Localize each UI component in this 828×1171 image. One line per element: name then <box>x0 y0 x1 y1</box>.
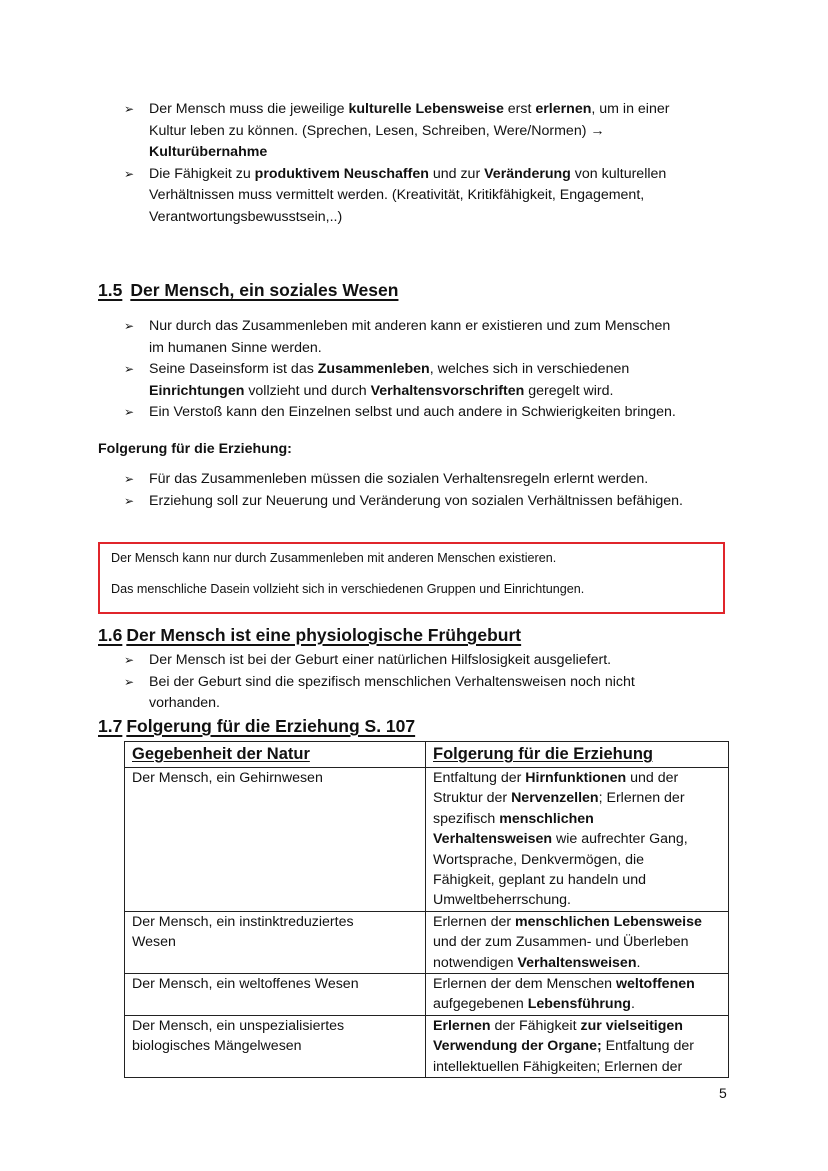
section-number: 1.6 <box>98 625 122 645</box>
text-line: Seine Daseinsform ist das Zusammenleben,… <box>149 359 734 381</box>
text-run: Verhältnissen muss vermittelt werden. (K… <box>149 187 644 203</box>
text-line: Umweltbeherrschung. <box>433 890 721 910</box>
text-run: , welches sich in verschiedenen <box>430 361 630 377</box>
text-run: ; Erlernen der <box>599 790 685 806</box>
text-run: Die Fähigkeit zu <box>149 166 255 182</box>
emphasis-text: Erlernen <box>433 1018 491 1034</box>
arrow-bullet-icon: ➢ <box>124 650 134 672</box>
text-run: vorhanden. <box>149 695 220 711</box>
emphasis-text: Verhaltensvorschriften <box>371 383 525 399</box>
conclusion-bullet-list: ➢Für das Zusammenleben müssen die sozial… <box>124 469 734 512</box>
text-run: im humanen Sinne werden. <box>149 340 322 356</box>
table-row: Der Mensch, ein instinktreduziertesWesen… <box>125 911 729 973</box>
text-line: Kulturübernahme <box>149 142 734 164</box>
text-line: Verhaltensweisen wie aufrechter Gang, <box>433 829 721 849</box>
text-run: Ein Verstoß kann den Einzelnen selbst un… <box>149 404 676 420</box>
emphasis-text: Veränderung <box>484 166 571 182</box>
text-line: Verwendung der Organe; Entfaltung der <box>433 1036 721 1056</box>
text-line: Erlernen der dem Menschen weltoffenen <box>433 974 721 994</box>
conclusion-cell: Erlernen der dem Menschen weltoffenenauf… <box>426 974 729 1016</box>
text-run: Erziehung soll zur Neuerung und Veränder… <box>149 493 683 509</box>
text-line: Einrichtungen vollzieht und durch Verhal… <box>149 381 734 403</box>
table-row: Der Mensch, ein weltoffenes WesenErlerne… <box>125 974 729 1016</box>
text-run: und der <box>626 770 678 786</box>
nature-cell: Der Mensch, ein instinktreduziertesWesen <box>125 911 426 973</box>
emphasis-text: kulturelle Lebensweise <box>349 101 504 117</box>
text-line: Der Mensch, ein instinktreduziertes <box>132 912 418 932</box>
text-line: biologisches Mängelwesen <box>132 1036 418 1056</box>
conclusion-cell: Entfaltung der Hirnfunktionen und derStr… <box>426 768 729 912</box>
text-run: Kultur leben zu können. (Sprechen, Lesen… <box>149 123 605 139</box>
text-line: Der Mensch, ein weltoffenes Wesen <box>132 974 418 994</box>
text-line: im humanen Sinne werden. <box>149 338 734 360</box>
text-line: intellektuellen Fähigkeiten; Erlernen de… <box>433 1057 721 1077</box>
emphasis-text: erlernen <box>535 101 591 117</box>
text-run: Bei der Geburt sind die spezifisch mensc… <box>149 674 635 690</box>
table-row: Der Mensch, ein unspezialisiertesbiologi… <box>125 1015 729 1077</box>
list-item: ➢Für das Zusammenleben müssen die sozial… <box>124 469 734 491</box>
summary-line: Der Mensch kann nur durch Zusammenleben … <box>111 551 556 565</box>
nature-cell: Der Mensch, ein Gehirnwesen <box>125 768 426 912</box>
list-item: ➢Erziehung soll zur Neuerung und Verände… <box>124 491 734 513</box>
text-line: Nur durch das Zusammenleben mit anderen … <box>149 316 734 338</box>
nature-cell: Der Mensch, ein weltoffenes Wesen <box>125 974 426 1016</box>
conclusion-cell: Erlernen der menschlichen Lebensweiseund… <box>426 911 729 973</box>
text-line: Die Fähigkeit zu produktivem Neuschaffen… <box>149 164 734 186</box>
text-run: Umweltbeherrschung. <box>433 892 571 908</box>
emphasis-text: produktivem Neuschaffen <box>255 166 429 182</box>
arrow-bullet-icon: ➢ <box>124 469 134 491</box>
text-run: Struktur der <box>433 790 511 806</box>
text-run: Verantwortungsbewusstsein,..) <box>149 209 342 225</box>
emphasis-text: Verhaltensweisen <box>433 831 552 847</box>
list-item: ➢Die Fähigkeit zu produktivem Neuschaffe… <box>124 164 734 229</box>
section-title: Folgerung für die Erziehung S. 107 <box>126 716 415 736</box>
arrow-bullet-icon: ➢ <box>124 402 134 424</box>
list-item: ➢Ein Verstoß kann den Einzelnen selbst u… <box>124 402 734 424</box>
text-run: notwendigen <box>433 955 517 971</box>
conclusion-cell: Erlernen der Fähigkeit zur vielseitigenV… <box>426 1015 729 1077</box>
text-line: Erlernen der Fähigkeit zur vielseitigen <box>433 1016 721 1036</box>
text-line: Ein Verstoß kann den Einzelnen selbst un… <box>149 402 734 424</box>
text-run: aufgegebenen <box>433 996 528 1012</box>
text-line: Der Mensch, ein Gehirnwesen <box>132 768 418 788</box>
text-run: Erlernen der <box>433 914 515 930</box>
text-line: Struktur der Nervenzellen; Erlernen der <box>433 788 721 808</box>
text-run: Für das Zusammenleben müssen die soziale… <box>149 471 648 487</box>
text-run: von kulturellen <box>571 166 666 182</box>
text-run: Der Mensch ist bei der Geburt einer natü… <box>149 652 611 668</box>
text-line: Der Mensch, ein unspezialisiertes <box>132 1016 418 1036</box>
list-item: ➢Nur durch das Zusammenleben mit anderen… <box>124 316 734 359</box>
text-line: Wortsprache, Denkvermögen, die <box>433 850 721 870</box>
emphasis-text: Verwendung der Organe; <box>433 1038 602 1054</box>
list-item: ➢Bei der Geburt sind die spezifisch mens… <box>124 672 734 715</box>
nature-conclusion-table: Gegebenheit der Natur Folgerung für die … <box>124 741 729 1078</box>
summary-box: Der Mensch kann nur durch Zusammenleben … <box>98 542 725 614</box>
table-header-row: Gegebenheit der Natur Folgerung für die … <box>125 742 729 768</box>
section-heading-1-6: 1.6Der Mensch ist eine physiologische Fr… <box>98 625 521 646</box>
text-run: , um in einer <box>591 101 669 117</box>
emphasis-text: Verhaltensweisen <box>517 955 636 971</box>
text-line: und der zum Zusammen- und Überleben <box>433 932 721 952</box>
arrow-bullet-icon: ➢ <box>124 316 134 338</box>
intro-bullet-list: ➢Der Mensch muss die jeweilige kulturell… <box>124 99 734 229</box>
text-run: der Fähigkeit <box>491 1018 581 1034</box>
text-run: . <box>636 955 640 971</box>
emphasis-text: Kulturübernahme <box>149 144 267 160</box>
list-item: ➢Der Mensch ist bei der Geburt einer nat… <box>124 650 734 672</box>
text-line: Erlernen der menschlichen Lebensweise <box>433 912 721 932</box>
text-run: geregelt wird. <box>524 383 613 399</box>
arrow-bullet-icon: ➢ <box>124 164 134 186</box>
column-header-conclusion: Folgerung für die Erziehung <box>426 742 729 768</box>
text-run: erst <box>504 101 536 117</box>
text-run: Der Mensch muss die jeweilige <box>149 101 349 117</box>
text-run: Entfaltung der <box>602 1038 694 1054</box>
list-item: ➢Seine Daseinsform ist das Zusammenleben… <box>124 359 734 402</box>
social-being-bullet-list: ➢Nur durch das Zusammenleben mit anderen… <box>124 316 734 424</box>
emphasis-text: menschlichen <box>499 811 594 827</box>
section-number: 1.7 <box>98 716 122 736</box>
text-run: und der zum Zusammen- und Überleben <box>433 934 689 950</box>
section-title: Der Mensch, ein soziales Wesen <box>130 280 398 300</box>
text-line: Wesen <box>132 932 418 952</box>
arrow-bullet-icon: ➢ <box>124 359 134 381</box>
text-run: Entfaltung der <box>433 770 525 786</box>
section-number: 1.5 <box>98 280 122 300</box>
text-run: vollzieht und durch <box>244 383 370 399</box>
emphasis-text: weltoffenen <box>616 976 695 992</box>
emphasis-text: Nervenzellen <box>511 790 599 806</box>
text-run: spezifisch <box>433 811 499 827</box>
conclusion-heading: Folgerung für die Erziehung: <box>98 439 292 461</box>
text-line: Bei der Geburt sind die spezifisch mensc… <box>149 672 734 694</box>
emphasis-text: zur vielseitigen <box>580 1018 683 1034</box>
arrow-bullet-icon: ➢ <box>124 672 134 694</box>
table-row: Der Mensch, ein GehirnwesenEntfaltung de… <box>125 768 729 912</box>
summary-line: Das menschliche Dasein vollzieht sich in… <box>111 582 584 596</box>
emphasis-text: menschlichen Lebensweise <box>515 914 702 930</box>
arrow-bullet-icon: ➢ <box>124 99 134 121</box>
text-run: intellektuellen Fähigkeiten; Erlernen de… <box>433 1059 682 1075</box>
text-line: Fähigkeit, geplant zu handeln und <box>433 870 721 890</box>
text-line: Der Mensch ist bei der Geburt einer natü… <box>149 650 734 672</box>
section-title: Der Mensch ist eine physiologische Frühg… <box>126 625 521 645</box>
text-line: Kultur leben zu können. (Sprechen, Lesen… <box>149 121 734 143</box>
text-line: aufgegebenen Lebensführung. <box>433 994 721 1014</box>
text-run: Seine Daseinsform ist das <box>149 361 318 377</box>
section-heading-1-5: 1.5Der Mensch, ein soziales Wesen <box>98 280 398 301</box>
emphasis-text: Lebensführung <box>528 996 631 1012</box>
text-run: Nur durch das Zusammenleben mit anderen … <box>149 318 670 334</box>
emphasis-text: Zusammenleben <box>318 361 430 377</box>
section-heading-1-7: 1.7Folgerung für die Erziehung S. 107 <box>98 716 415 737</box>
text-line: Verantwortungsbewusstsein,..) <box>149 207 734 229</box>
column-header-nature: Gegebenheit der Natur <box>125 742 426 768</box>
text-run: Erlernen der dem Menschen <box>433 976 616 992</box>
text-run: wie aufrechter Gang, <box>552 831 688 847</box>
text-run: Wortsprache, Denkvermögen, die <box>433 852 644 868</box>
text-line: Für das Zusammenleben müssen die soziale… <box>149 469 734 491</box>
emphasis-text: Einrichtungen <box>149 383 244 399</box>
premature-birth-bullet-list: ➢Der Mensch ist bei der Geburt einer nat… <box>124 650 734 715</box>
list-item: ➢Der Mensch muss die jeweilige kulturell… <box>124 99 734 164</box>
text-line: Erziehung soll zur Neuerung und Veränder… <box>149 491 734 513</box>
text-line: Der Mensch muss die jeweilige kulturelle… <box>149 99 734 121</box>
text-line: spezifisch menschlichen <box>433 809 721 829</box>
page-number: 5 <box>719 1085 727 1101</box>
text-run: . <box>631 996 635 1012</box>
text-run: und zur <box>429 166 484 182</box>
nature-cell: Der Mensch, ein unspezialisiertesbiologi… <box>125 1015 426 1077</box>
text-line: Entfaltung der Hirnfunktionen und der <box>433 768 721 788</box>
emphasis-text: Hirnfunktionen <box>525 770 626 786</box>
arrow-bullet-icon: ➢ <box>124 491 134 513</box>
text-line: Verhältnissen muss vermittelt werden. (K… <box>149 185 734 207</box>
text-run: Fähigkeit, geplant zu handeln und <box>433 872 646 888</box>
text-line: notwendigen Verhaltensweisen. <box>433 953 721 973</box>
document-page: ➢Der Mensch muss die jeweilige kulturell… <box>0 0 828 1171</box>
text-line: vorhanden. <box>149 693 734 715</box>
